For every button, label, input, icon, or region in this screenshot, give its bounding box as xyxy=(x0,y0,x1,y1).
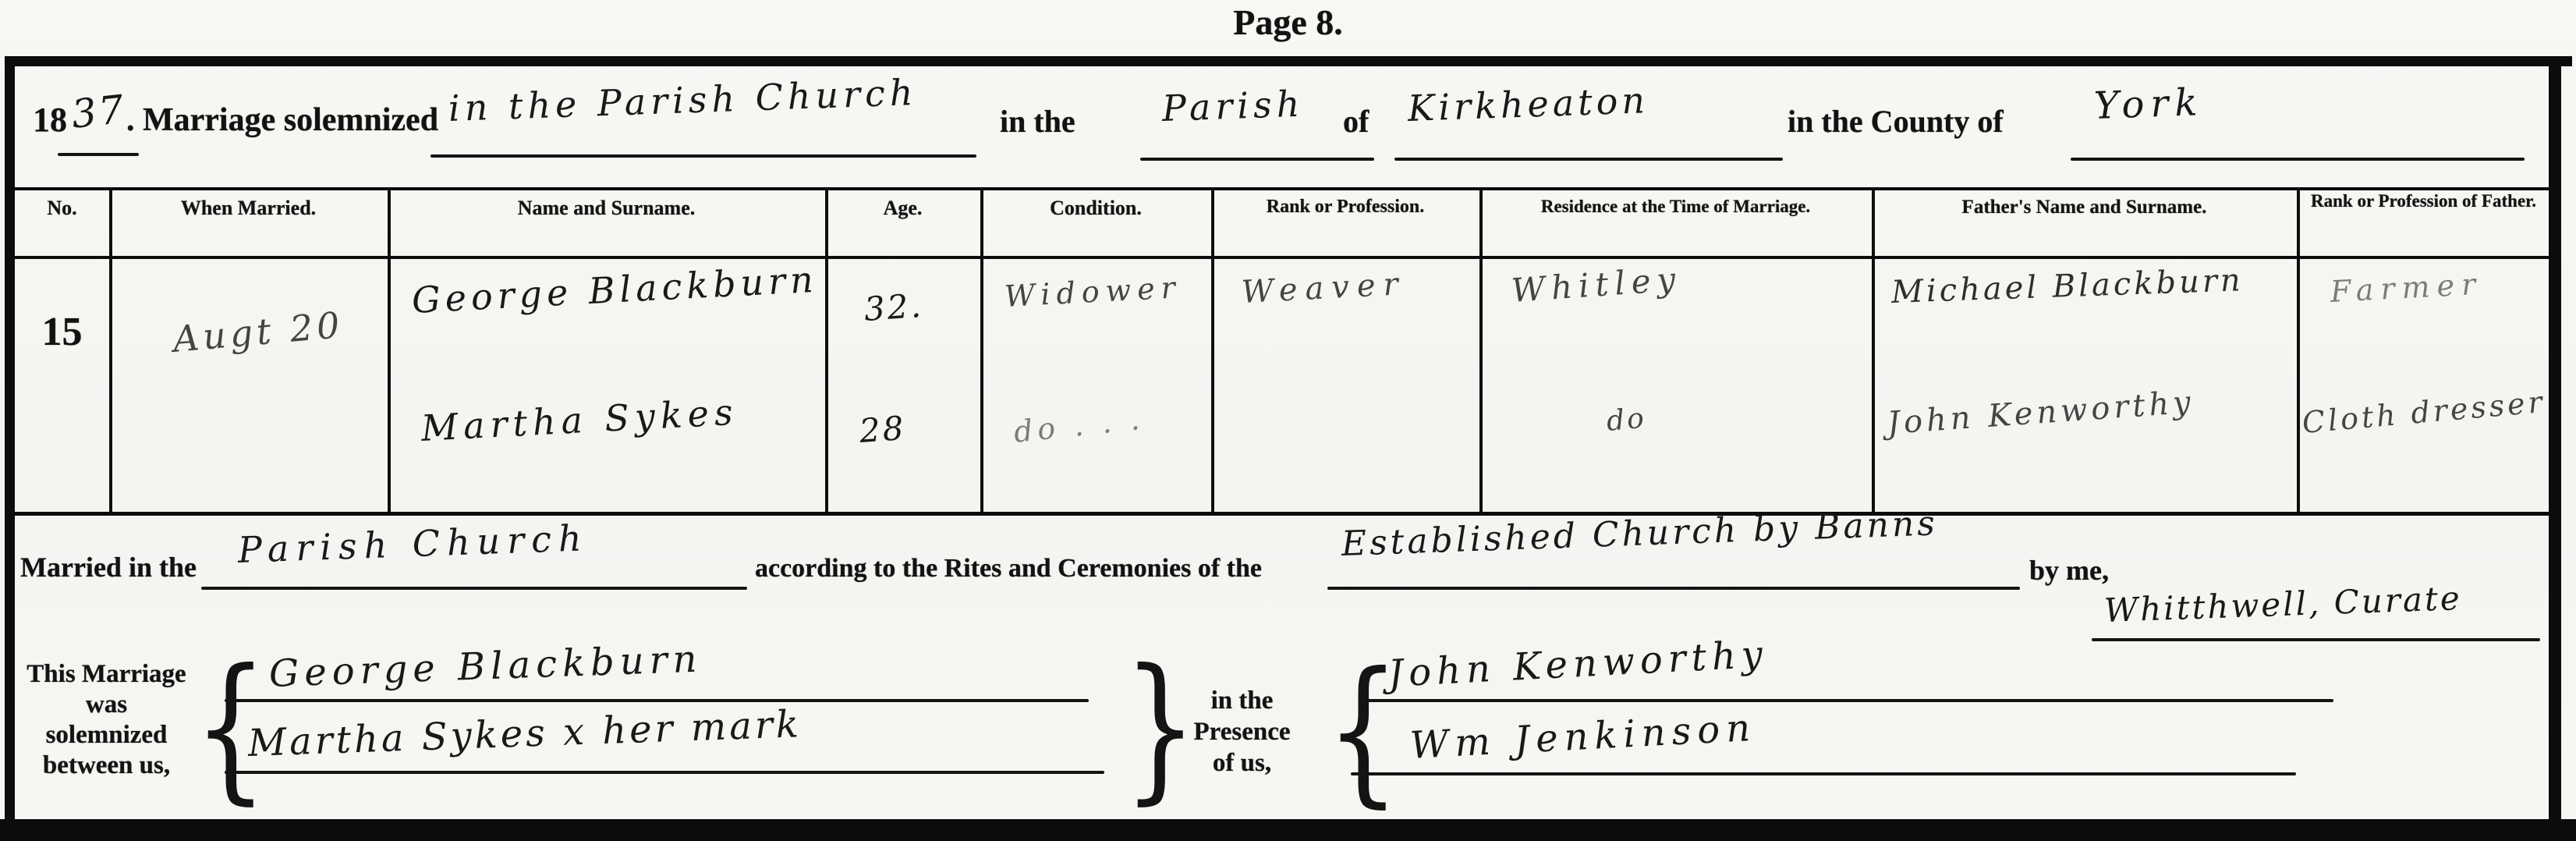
when-married-value: Augt 20 xyxy=(172,303,345,360)
groom-residence: Whitley xyxy=(1510,260,1682,310)
place-handwritten: in the Parish Church xyxy=(448,71,918,130)
groom-father-profession: Farmer xyxy=(2330,267,2483,309)
column-header-no: No. xyxy=(15,197,109,220)
groom-age: 32. xyxy=(863,286,924,328)
bride-condition: do . . . xyxy=(1012,402,1146,449)
column-header-residence: Residence at the Time of Marriage. xyxy=(1479,197,1872,217)
col-line-4 xyxy=(980,187,983,515)
bottom-border-bar xyxy=(0,819,2576,841)
place-underline xyxy=(431,154,976,158)
groom-name: George Blackburn xyxy=(411,258,819,321)
column-header-rank-profession: Rank or Profession. xyxy=(1211,197,1479,218)
bride-signature: Martha Sykes x her mark xyxy=(247,702,803,765)
by-me-label: by me, xyxy=(2029,554,2109,587)
this-marriage-line-3: solemnized xyxy=(11,720,202,751)
officiant-signature: Whitthwell, Curate xyxy=(2103,579,2462,630)
presence-line-2: Presence xyxy=(1154,716,1330,747)
parish-underline xyxy=(1394,158,1783,161)
this-marriage-line-1: This Marriage xyxy=(11,659,202,690)
bride-father-profession: Cloth dresser xyxy=(2301,385,2546,440)
table-bottom-line xyxy=(15,512,2550,516)
rites-underline xyxy=(1327,587,2020,590)
col-line-2 xyxy=(388,187,391,515)
parish-handwritten: Kirkheaton xyxy=(1407,79,1649,130)
county-handwritten: York xyxy=(2093,80,2204,128)
district-handwritten: Parish xyxy=(1161,83,1305,130)
this-marriage-label: This Marriage was solemnized between us, xyxy=(11,659,202,781)
groom-father-name: Michael Blackburn xyxy=(1890,262,2244,310)
column-header-name-surname: Name and Surname. xyxy=(388,197,825,220)
bride-name: Martha Sykes xyxy=(420,391,739,449)
bride-age: 28 xyxy=(858,409,907,450)
presence-line-3: of us, xyxy=(1154,747,1330,779)
of-label: of xyxy=(1343,103,1369,140)
column-header-age: Age. xyxy=(825,197,980,220)
witness1-underline xyxy=(1359,699,2333,702)
year-printed: 18 xyxy=(33,100,67,140)
col-line-8 xyxy=(2297,187,2300,515)
entry-number: 15 xyxy=(15,309,109,355)
column-header-when-married: When Married. xyxy=(109,197,388,220)
col-line-3 xyxy=(825,187,828,515)
in-the-label: in the xyxy=(1000,103,1075,140)
witness2-signature: Wm Jenkinson xyxy=(1409,706,1758,768)
marriage-solemnized-label: . Marriage solemnized xyxy=(126,101,438,139)
column-header-father-name: Father's Name and Surname. xyxy=(1872,197,2297,218)
col-line-5 xyxy=(1211,187,1214,515)
right-border-rule xyxy=(2549,62,2561,831)
this-marriage-line-2: was xyxy=(11,690,202,720)
groom-signature: George Blackburn xyxy=(268,637,703,696)
page-title: Page 8. xyxy=(0,2,2576,43)
married-in-the-label: Married in the xyxy=(20,551,197,584)
top-border-rule xyxy=(5,56,2572,66)
year-underline xyxy=(58,153,139,156)
county-underline xyxy=(2071,158,2525,161)
according-to-label: according to the Rites and Ceremonies of… xyxy=(755,554,1262,584)
column-header-condition: Condition. xyxy=(980,197,1211,220)
witness2-underline xyxy=(1351,772,2296,775)
groom-condition: Widower xyxy=(1004,270,1182,314)
table-top-line xyxy=(15,187,2550,190)
this-marriage-line-4: between us, xyxy=(11,751,202,781)
bride-signature-underline xyxy=(225,771,1104,774)
presence-line-1: in the xyxy=(1154,685,1330,716)
marriage-register-scan: Page 8. 18 37 . Marriage solemnized in t… xyxy=(0,0,2576,841)
groom-profession: Weaver xyxy=(1241,266,1407,310)
presence-label: in the Presence of us, xyxy=(1154,685,1330,779)
church-underline xyxy=(201,587,747,590)
table-header-bottom-line xyxy=(15,256,2550,259)
district-underline xyxy=(1140,158,1374,161)
column-header-father-profession: Rank or Profession of Father. xyxy=(2305,190,2542,212)
county-label: in the County of xyxy=(1788,103,2004,140)
col-line-1 xyxy=(109,187,112,515)
bride-residence: do xyxy=(1605,403,1647,438)
officiant-underline xyxy=(2092,638,2540,641)
col-line-7 xyxy=(1872,187,1875,515)
col-line-6 xyxy=(1479,187,1483,515)
groom-signature-underline xyxy=(225,699,1089,702)
year-handwritten: 37 xyxy=(69,87,128,137)
bride-father-name: John Kenworthy xyxy=(1886,385,2195,442)
witness1-signature: John Kenworthy xyxy=(1387,633,1770,696)
church-handwritten: Parish Church xyxy=(237,516,589,571)
